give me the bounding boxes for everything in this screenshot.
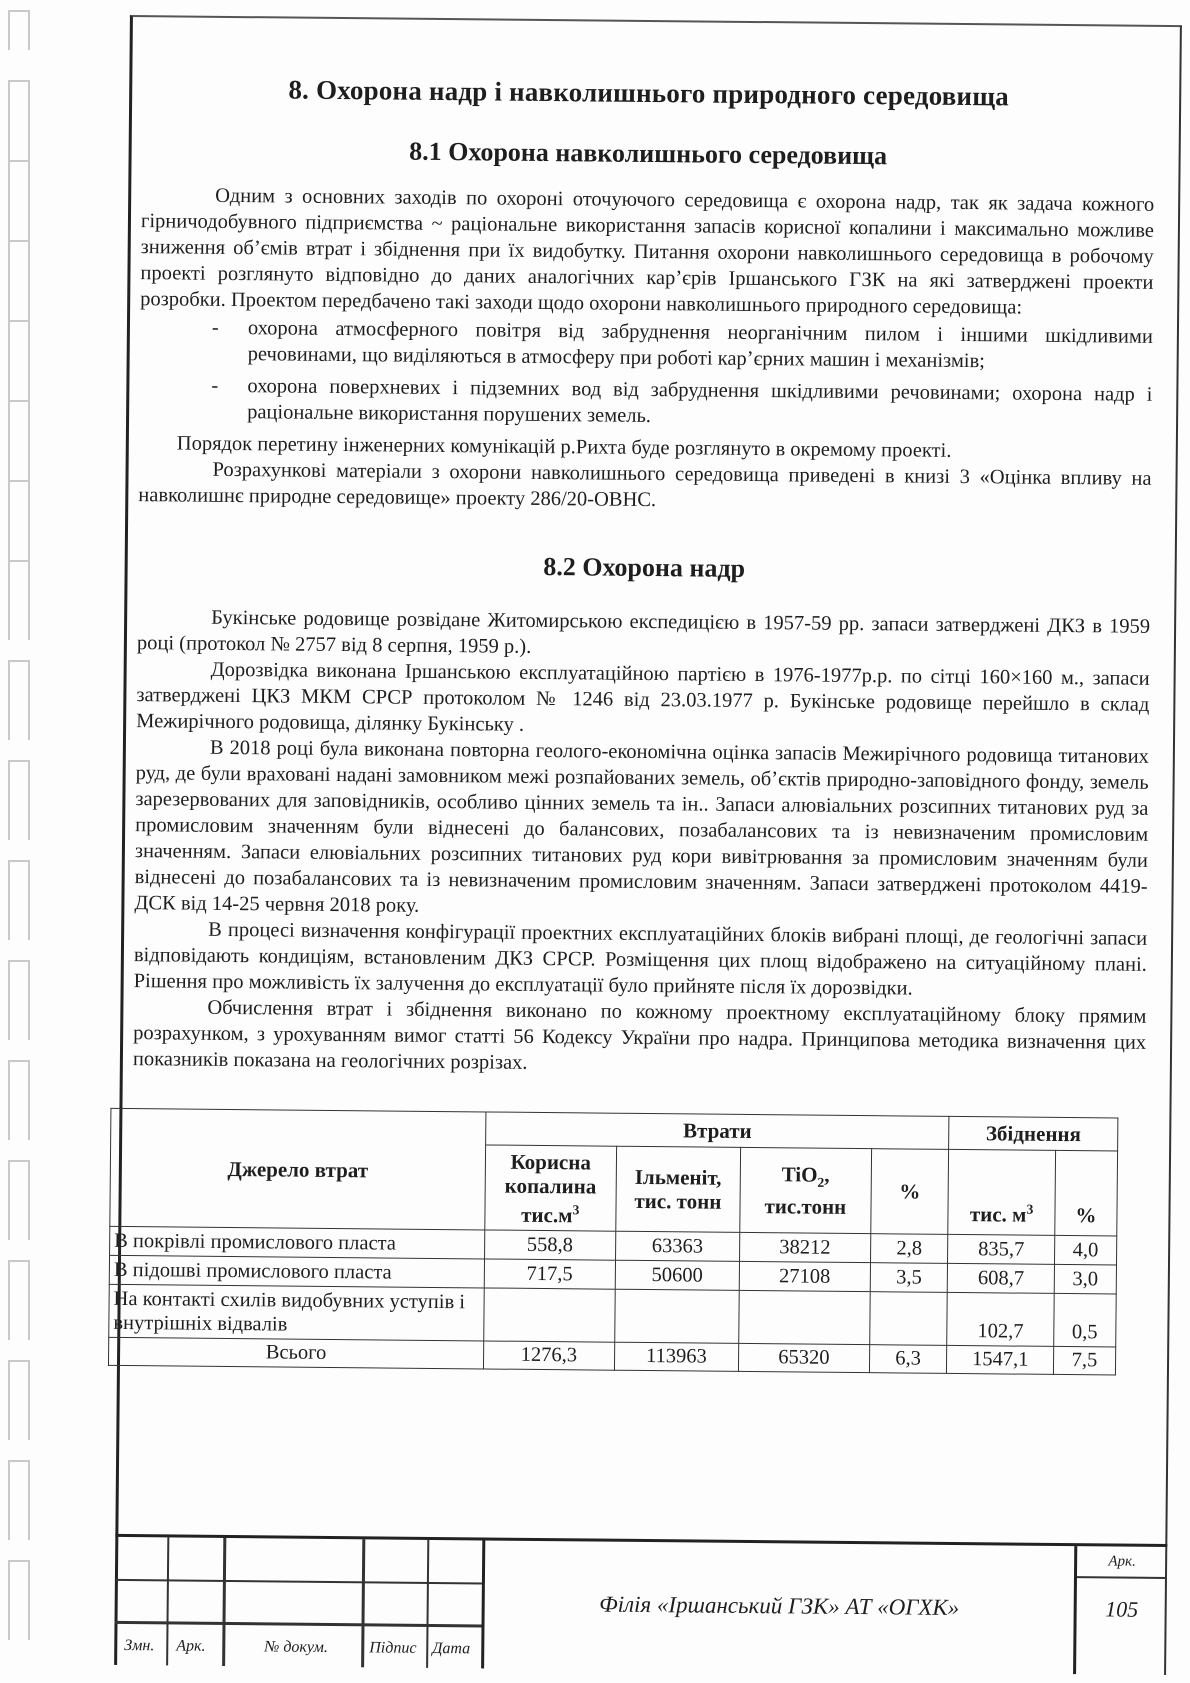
header-mineral: Корисна копалина тис.м3: [485, 1145, 617, 1231]
cell-mineral: 1276,3: [483, 1341, 614, 1370]
header-source: Джерело втрат: [110, 1108, 486, 1230]
title-block: Змн. Арк. № докум. Підпис Дата Філія «Ір…: [114, 1534, 1167, 1675]
binding-ring: [8, 400, 30, 480]
binding-ring: [8, 480, 30, 560]
binding-holes: [8, 0, 68, 1683]
chapter-title: 8. Охорона надр і навколишнього природно…: [142, 73, 1155, 114]
cell-source: На контакті схилів видобувних уступів і …: [109, 1284, 484, 1341]
cell-loss-pct: 3,5: [870, 1263, 948, 1293]
label-doc-number: № докум.: [264, 1638, 328, 1657]
paragraph: Дорозвідка виконана Іршанською експлуата…: [136, 656, 1150, 744]
paragraph: В процесі визначення конфігурації проект…: [134, 916, 1148, 1004]
paragraph: Розрахункові матеріали з охорони навколи…: [138, 456, 1151, 518]
binding-ring: [8, 80, 30, 160]
paragraph: Одним з основних заходів по охороні оточ…: [140, 182, 1154, 322]
revision-grid: Змн. Арк. № докум. Підпис Дата: [114, 1537, 485, 1669]
header-ilmenite: Ільменіт, тис. тонн: [615, 1146, 740, 1232]
cell-mineral: 717,5: [484, 1259, 615, 1289]
cell-tio2: 27108: [739, 1261, 870, 1291]
cell-source: Всього: [108, 1337, 483, 1369]
section-title-8-1: 8.1 Охорона навколишнього середовища: [142, 134, 1155, 174]
cell-mineral: [484, 1288, 615, 1342]
measures-list: охорона атмосферного повітря від забрудн…: [139, 314, 1153, 434]
cell-dilution-pct: 3,0: [1054, 1264, 1116, 1294]
sheet-label: Арк.: [1077, 1546, 1167, 1579]
section-title-8-2: 8.2 Охорона надр: [138, 548, 1151, 588]
sheet-box: Арк. 105: [1073, 1546, 1167, 1675]
cell-ilmenite: 63363: [615, 1231, 739, 1261]
page-frame: 8. Охорона надр і навколишнього природно…: [114, 15, 1182, 1675]
page-content: 8. Охорона надр і навколишнього природно…: [130, 17, 1156, 1376]
list-item: охорона атмосферного повітря від забрудн…: [222, 315, 1153, 376]
binding-ring: [8, 1060, 30, 1140]
binding-ring: [8, 760, 30, 840]
page-number: 105: [1077, 1596, 1167, 1623]
cell-ilmenite: [614, 1289, 739, 1343]
cell-dilution-volume: 1547,1: [947, 1345, 1054, 1374]
binding-ring: [8, 320, 30, 400]
cell-source: В покрівлі промислового пласта: [110, 1226, 485, 1259]
binding-ring: [8, 1260, 30, 1340]
list-item: охорона поверхневих і підземних вод від …: [221, 373, 1152, 434]
binding-ring: [8, 860, 30, 940]
header-dilution: Збіднення: [949, 1116, 1118, 1151]
binding-ring: [8, 10, 30, 50]
cell-loss-pct: [869, 1292, 947, 1346]
paragraph: В 2018 році була виконана повторна геоло…: [134, 734, 1149, 926]
header-dilution-pct: %: [1055, 1150, 1118, 1236]
label-sheet: Арк.: [176, 1638, 205, 1656]
cell-ilmenite: 113963: [614, 1342, 738, 1371]
binding-ring: [8, 1160, 30, 1240]
cell-tio2: 38212: [739, 1232, 870, 1262]
binding-ring: [8, 160, 30, 240]
cell-loss-pct: 6,3: [869, 1345, 947, 1374]
cell-dilution-pct: 7,5: [1053, 1346, 1115, 1375]
binding-ring: [8, 240, 30, 320]
cell-tio2: 65320: [738, 1343, 869, 1372]
paragraph: Обчислення втрат і збіднення виконано по…: [133, 994, 1147, 1082]
cell-dilution-pct: 4,0: [1054, 1235, 1116, 1265]
label-signature: Підпис: [369, 1639, 416, 1657]
label-date: Дата: [432, 1640, 470, 1658]
cell-dilution-volume: 608,7: [948, 1263, 1055, 1293]
binding-ring: [8, 560, 30, 640]
cell-ilmenite: 50600: [615, 1260, 739, 1290]
binding-ring: [8, 1360, 30, 1440]
cell-mineral: 558,8: [484, 1230, 615, 1260]
label-change: Змн.: [124, 1637, 154, 1655]
cell-dilution-pct: 0,5: [1054, 1293, 1117, 1347]
header-losses: Втрати: [485, 1112, 949, 1149]
cell-loss-pct: 2,8: [870, 1234, 948, 1264]
header-loss-pct: %: [871, 1149, 949, 1235]
binding-ring: [8, 1460, 30, 1540]
revision-labels: Змн. Арк. № докум. Підпис Дата: [114, 1623, 481, 1669]
header-tio2: TiO2, тис.тонн: [740, 1147, 872, 1233]
table-row: На контакті схилів видобувних уступів і …: [109, 1284, 1116, 1347]
organization-name: Філія «Іршанський ГЗК» АТ «ОГХК»: [482, 1590, 1077, 1622]
cell-tio2: [739, 1290, 870, 1344]
losses-dilution-table: Джерело втрат Втрати Збіднення Корисна к…: [108, 1108, 1118, 1376]
cell-dilution-volume: 102,7: [947, 1292, 1054, 1346]
binding-ring: [8, 960, 30, 1040]
cell-source: В підошві промислового пласта: [109, 1255, 484, 1288]
cell-dilution-volume: 835,7: [948, 1234, 1055, 1264]
header-dilution-volume: тис. м3: [948, 1149, 1055, 1235]
binding-ring: [8, 1560, 30, 1640]
binding-ring: [8, 660, 30, 740]
